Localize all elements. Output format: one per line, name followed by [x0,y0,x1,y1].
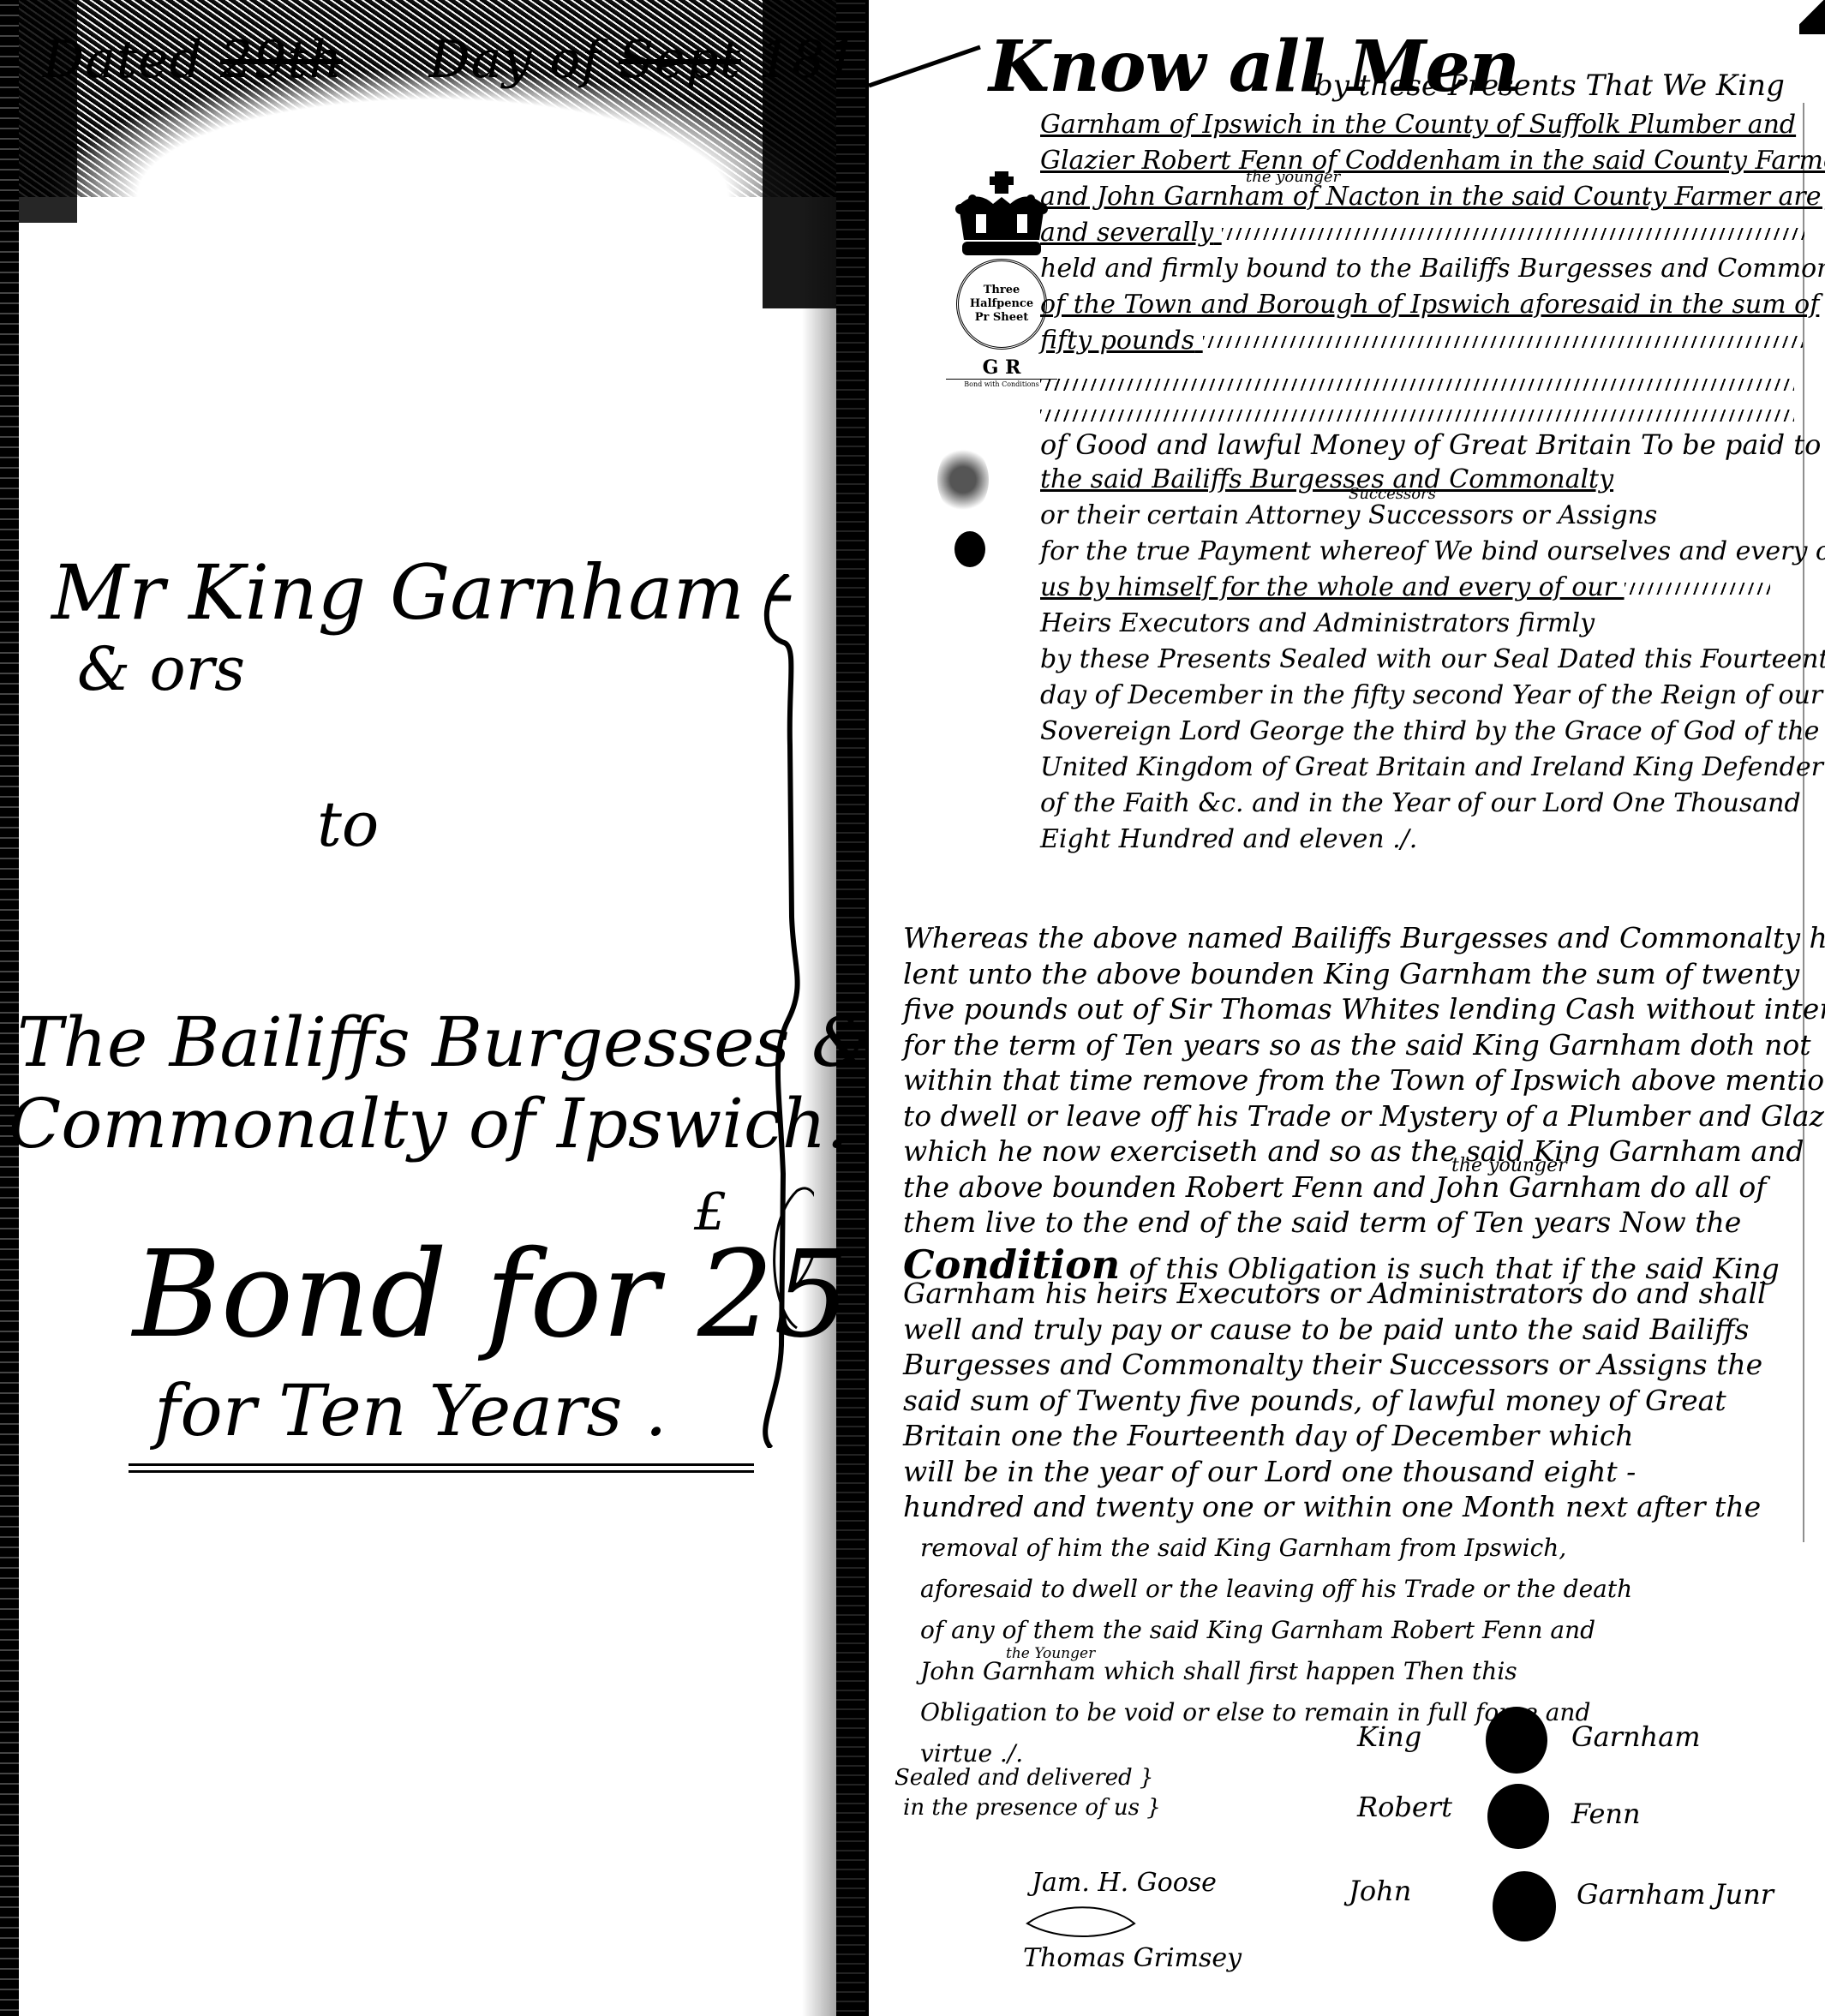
dated-month-struck: Sept [619,30,741,90]
obligation-line: and John Garnham of Nacton in the said C… [1040,182,1825,212]
obligation-text: us by himself for the whole and every of… [1040,572,1616,602]
obligation-line: of the Faith &c. and in the Year of our … [1040,788,1801,818]
brace-flourish-icon [763,574,814,1448]
bond-document-panel: Three Halfpence Pr Sheet G R Bond with C… [869,0,1825,2016]
condition-line: for the term of Ten years so as the said… [903,1028,1811,1062]
crown-icon [950,171,1053,266]
condition-line: them live to the end of the said term of… [903,1205,1741,1239]
condition-line: Whereas the above named Bailiffs Burgess… [903,921,1825,954]
obligation-line: held and firmly bound to the Bailiffs Bu… [1040,254,1825,284]
scan-shadow-left [0,0,19,2016]
ink-stroke-icon [869,43,989,94]
condition-line: which he now exerciseth and so as the sa… [903,1134,1804,1168]
dated-day-struck: 29th [220,30,343,90]
obligation-line: or their certain Attorney Successors or … [1040,500,1657,530]
condition-line: Garnham his heirs Executors or Administr… [903,1277,1767,1310]
obligation-line: for the true Payment whereof We bind our… [1040,536,1825,566]
scan-shadow-corner [1799,0,1825,34]
bond-title: Bond for 25 [133,1225,850,1365]
party-two-line2: Commonalty of Ipswich. [9,1084,848,1164]
party-two-line1: The Bailiffs Burgesses & [17,1002,865,1082]
obligation-line: the said Bailiffs Burgesses and Commonal… [1040,464,1613,494]
condition-line: Britain one the Fourteenth day of Decemb… [903,1419,1634,1452]
dated-line: Dated 29th Day of Sept 1811 [43,30,865,90]
obligation-text: and severally [1040,218,1213,248]
condition-line: the above bounden Robert Fenn and John G… [903,1170,1767,1204]
stamp-disc: Three Halfpence Pr Sheet [956,259,1047,350]
obligation-line: Glazier Robert Fenn of Coddenham in the … [1040,146,1825,176]
obligation-line: Sovereign Lord George the third by the G… [1040,716,1819,746]
blank-filler [1625,583,1770,595]
obligation-line: United Kingdom of Great Britain and Irel… [1040,752,1823,782]
dated-middle: Day of [428,30,601,90]
blank-filler [1203,336,1803,348]
obligation-line: and severally [1040,218,1804,248]
stamp-line3: Pr Sheet [975,311,1029,325]
condition-line: said sum of Twenty five pounds, of lawfu… [903,1384,1726,1417]
condition-line: lent unto the above bounden King Garnham… [903,957,1799,990]
condition-line: will be in the year of our Lord one thou… [903,1455,1636,1488]
stamp-line2: Halfpence [970,297,1033,311]
condition-line: Burgesses and Commonalty their Successor… [903,1348,1762,1381]
obligation-line: by these Presents That We King [1314,69,1785,103]
ink-blot [954,531,985,567]
obligation-line: of Good and lawful Money of Great Britai… [1040,428,1821,461]
blank-filler [1222,228,1804,240]
party-one-name: Mr King Garnham - [51,548,794,637]
obligation-line: by these Presents Sealed with our Seal D… [1040,644,1825,674]
cover-endorsement-panel: Dated 29th Day of Sept 1811 Mr King Garn… [0,0,865,2016]
dated-year: 1811 [758,30,865,90]
obligation-text: fifty pounds [1040,326,1194,356]
double-underline [129,1470,754,1473]
condition-line: hundred and twenty one or within one Mon… [903,1490,1761,1523]
ink-blot [937,446,989,514]
double-underline [129,1463,754,1466]
bond-term: for Ten Years . [154,1371,667,1452]
blank-filler [1040,410,1794,422]
party-one-others: & ors [77,634,245,704]
obligation-line: us by himself for the whole and every of… [1040,572,1770,602]
obligation-line: day of December in the fifty second Year… [1040,680,1822,710]
condition-line: five pounds out of Sir Thomas Whites len… [903,992,1825,1026]
obligation-line: of the Town and Borough of Ipswich afore… [1040,290,1819,320]
condition-line: well and truly pay or cause to be paid u… [903,1313,1749,1346]
blank-filler [1040,379,1794,391]
obligation-line: Eight Hundred and eleven ./. [1040,824,1417,854]
to-label: to [317,788,379,860]
obligation-line: Heirs Executors and Administrators firml… [1040,608,1595,638]
obligation-line: fifty pounds [1040,326,1803,356]
blank-filler-line [1040,399,1794,429]
condition-line: to dwell or leave off his Trade or Myste… [903,1099,1825,1133]
dated-prefix: Dated [43,30,203,90]
stamp-line1: Three [984,284,1020,297]
blank-filler-line [1040,368,1794,398]
condition-line: within that time remove from the Town of… [903,1063,1825,1097]
obligation-line: Garnham of Ipswich in the County of Suff… [1040,110,1796,140]
